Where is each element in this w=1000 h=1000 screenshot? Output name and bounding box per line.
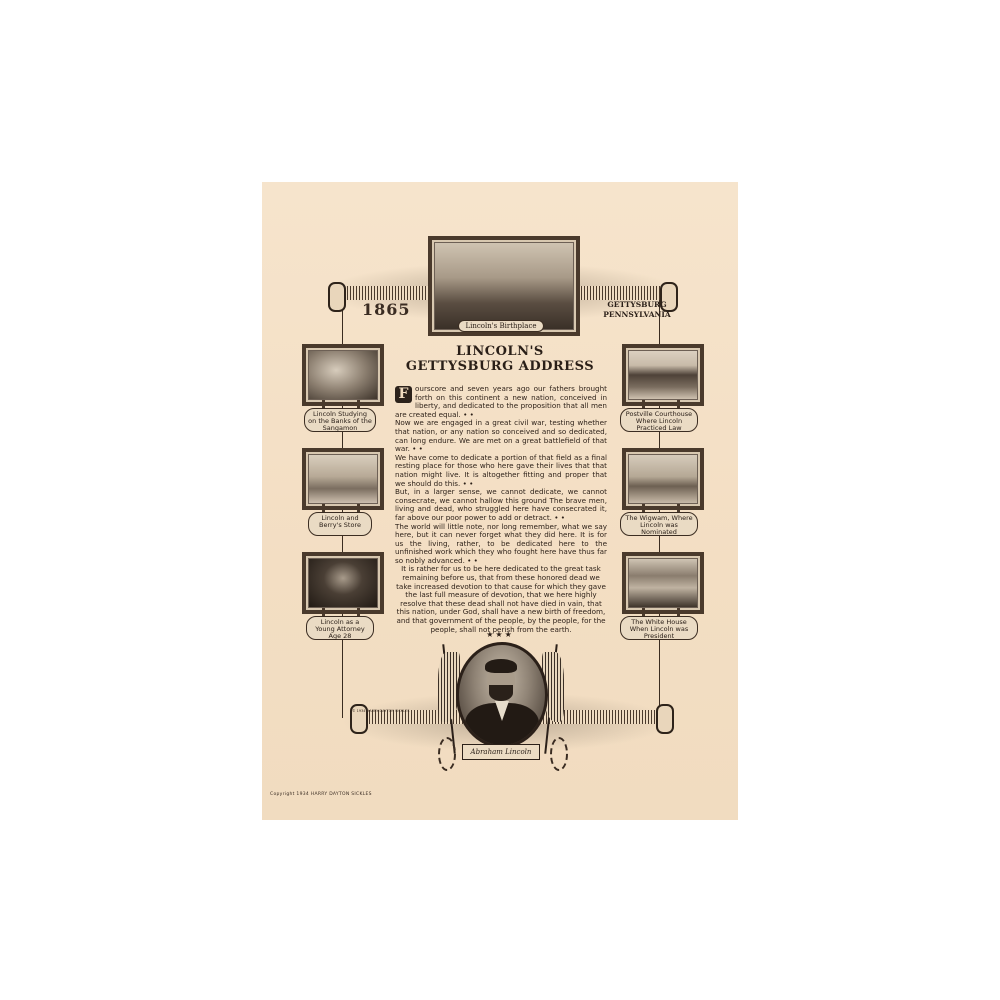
left-image-2 xyxy=(302,448,384,510)
footer-copyright: Copyright 1934 HARRY DAYTON SICKLES xyxy=(270,792,372,797)
drop-cap: F xyxy=(395,386,412,403)
scroll-roll-right-bottom xyxy=(656,704,674,734)
title-line-1: LINCOLN'S xyxy=(372,344,628,359)
poster: Lincoln's Birthplace 1865 GETTYSBURG PEN… xyxy=(262,182,738,820)
title-line-2: GETTYSBURG ADDRESS xyxy=(372,359,628,374)
scroll-roll-left-top xyxy=(328,282,346,312)
address-paragraph-3: We have come to dedicate a portion of th… xyxy=(395,454,607,488)
wigwam-photo xyxy=(629,455,697,503)
left-caption-1: Lincoln Studying on the Banks of the San… xyxy=(304,408,376,432)
store-photo xyxy=(309,455,377,503)
chain-left-icon xyxy=(438,737,456,771)
signature: Abraham Lincoln xyxy=(462,744,540,760)
right-caption-3: The White House When Lincoln was Preside… xyxy=(620,616,698,640)
address-text: Fourscore and seven years ago our father… xyxy=(395,385,607,634)
location-label: GETTYSBURG PENNSYLVANIA xyxy=(592,300,682,320)
left-caption-3: Lincoln as a Young Attorney Age 28 xyxy=(306,616,374,640)
log-cabin-photo xyxy=(435,243,573,329)
paragraph-text: ourscore and seven years ago our fathers… xyxy=(395,384,607,419)
small-copyright: © 1934 HARRY DAYTON SICKLES xyxy=(352,709,409,713)
birthplace-caption: Lincoln's Birthplace xyxy=(458,320,544,332)
portrait-hair xyxy=(485,659,517,673)
right-caption-2: The Wigwam, Where Lincoln was Nominated xyxy=(620,512,698,536)
portrait-beard xyxy=(489,685,513,701)
chain-right-icon xyxy=(550,737,568,771)
address-paragraph-1: Fourscore and seven years ago our father… xyxy=(395,385,607,419)
lincoln-portrait xyxy=(456,642,548,748)
left-image-3 xyxy=(302,552,384,614)
left-image-1 xyxy=(302,344,384,406)
right-image-3 xyxy=(622,552,704,614)
left-caption-2: Lincoln and Berry's Store xyxy=(308,512,372,536)
year-label: 1865 xyxy=(362,300,411,319)
location-state: PENNSYLVANIA xyxy=(592,310,682,320)
stars-ornament: ★★★ xyxy=(480,630,520,639)
studying-photo xyxy=(309,351,377,399)
young-attorney-photo xyxy=(309,559,377,607)
right-image-1 xyxy=(622,344,704,406)
right-image-2 xyxy=(622,448,704,510)
location-city: GETTYSBURG xyxy=(592,300,682,310)
page-title: LINCOLN'S GETTYSBURG ADDRESS xyxy=(372,344,628,374)
white-house-photo xyxy=(629,559,697,607)
address-paragraph-6: It is rather for us to be here dedicated… xyxy=(395,565,607,634)
poster-paper: Lincoln's Birthplace 1865 GETTYSBURG PEN… xyxy=(262,182,738,820)
address-paragraph-4: But, in a larger sense, we cannot dedica… xyxy=(395,488,607,522)
address-paragraph-2: Now we are engaged in a great civil war,… xyxy=(395,419,607,453)
right-caption-1: Postville Courthouse Where Lincoln Pract… xyxy=(620,408,698,432)
courthouse-photo xyxy=(629,351,697,399)
address-paragraph-5: The world will little note, nor long rem… xyxy=(395,523,607,566)
